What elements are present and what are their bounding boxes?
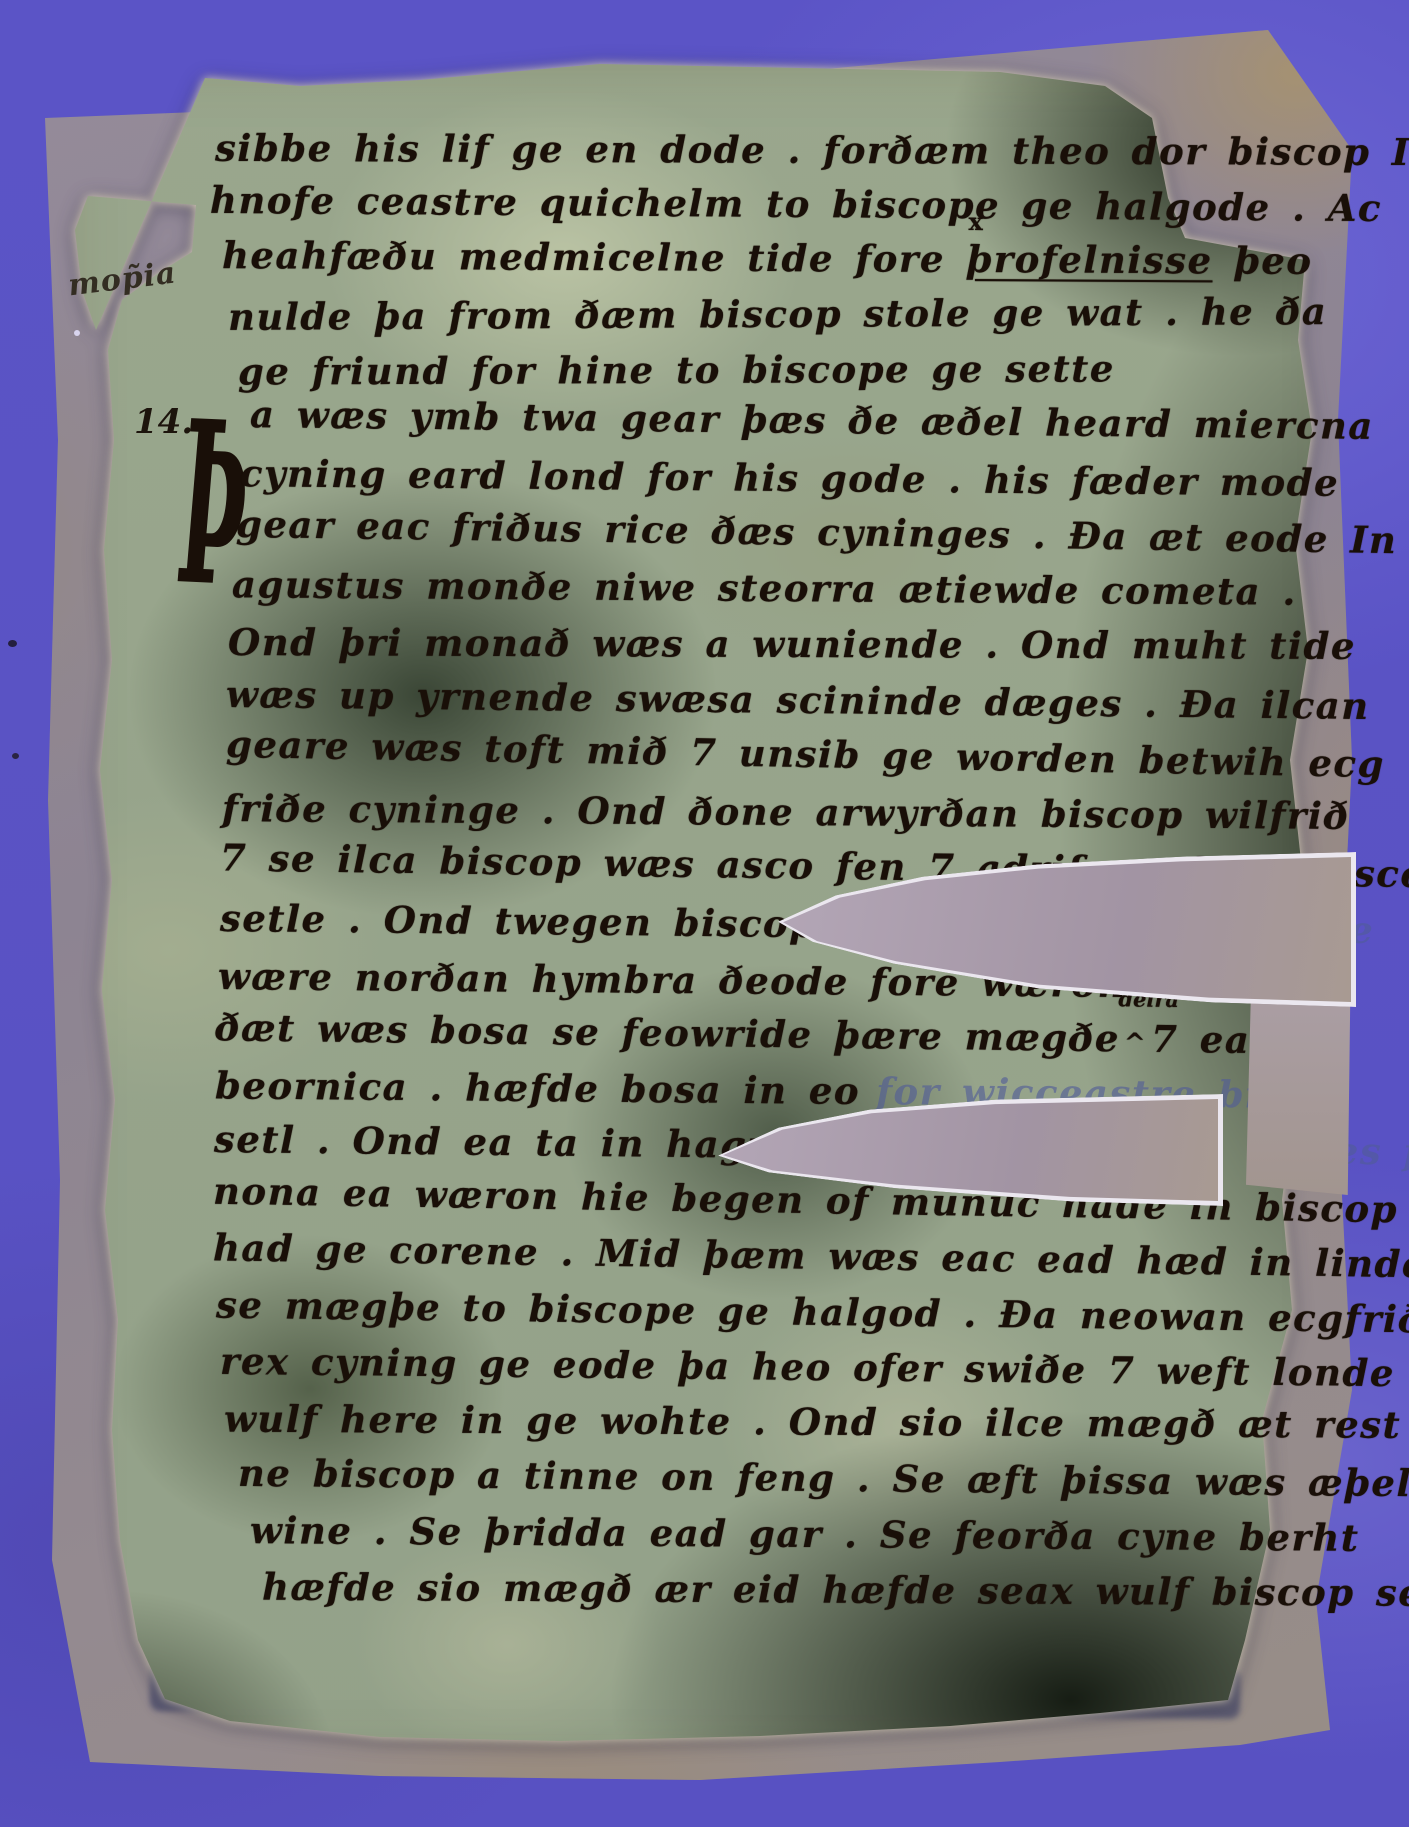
manuscript-text-line: nulde þa from ðæm biscop stole ge wat . … [228, 289, 1328, 339]
line-text: geare wæs toft mið 7 unsib ge worden bet… [226, 722, 1386, 786]
line-text: had ge corene . Mid þæm wæs eac ead hæd … [213, 1225, 1409, 1286]
manuscript-text-line: hæfde sio mægð ær eid hæfde seax wulf bi… [262, 1565, 1409, 1616]
insertion-caret: ^ [1124, 1028, 1148, 1058]
line-text: wæs up yrnende swæsa scininde dæges . Ða… [226, 672, 1370, 728]
manuscript-text-line: se mægþe to biscope ge halgod . Ða neowa… [216, 1283, 1409, 1342]
line-text: gear eac friðus rice ðæs cyninges . Ða æ… [236, 502, 1398, 562]
line-text: setle . Ond twegen biscopas [220, 896, 865, 947]
manuscript-text-line: wulf here in ge wohte . Ond sio ilce mæg… [224, 1397, 1409, 1448]
line-text: se mægþe to biscope ge halgod . Ða neowa… [216, 1283, 1409, 1342]
line-text: friðe cyninge . Ond ðone arwyrðan biscop… [222, 786, 1350, 838]
manuscript-text-line: wæs up yrnende swæsa scininde dæges . Ða… [226, 672, 1370, 728]
line-text: rex cyning ge eode þa heo ofer swiðe 7 w… [220, 1339, 1395, 1395]
line-text: hnofe ceastre quichelm to biscope ge hal… [210, 178, 1382, 230]
manuscript-text-line: had ge corene . Mid þæm wæs eac ead hæd … [213, 1225, 1409, 1286]
line-text: agustus monðe niwe steorra ætiewde comet… [232, 562, 1297, 613]
photo-background: mop̃ia 14. Þ sibbe his lif ge en dode . … [0, 0, 1409, 1827]
manuscript-text-line: hnofe ceastre quichelm to biscope ge hal… [210, 178, 1382, 230]
line-text: wine . Se þridda ead gar . Se feorða cyn… [250, 1508, 1360, 1560]
dust-speck [12, 753, 19, 759]
correction-x-mark: x [968, 207, 984, 236]
manuscript-text-line: cyning eard lond for his gode . his fæde… [240, 451, 1339, 505]
manuscript-text-line: friðe cyninge . Ond ðone arwyrðan biscop… [222, 786, 1350, 838]
line-text: ðæt wæs bosa se feowride þære mægðe [215, 1005, 1120, 1060]
line-text: beornica . hæfde bosa in eo [215, 1063, 860, 1113]
manuscript-text-line: geare wæs toft mið 7 unsib ge worden bet… [226, 722, 1386, 786]
manuscript-text-line: wine . Se þridda ead gar . Se feorða cyn… [250, 1508, 1360, 1560]
line-text: hæfde sio mægð ær eid hæfde seax wulf bi… [262, 1565, 1409, 1616]
dust-speck [8, 640, 17, 647]
manuscript-text-line: ge friund for hine to biscope ge sette [238, 346, 1115, 393]
manuscript-text-line: Ond þri monað wæs a wuniende . Ond muht … [228, 620, 1356, 668]
line-text: heahfæðu medmicelne tide fore [222, 233, 967, 281]
line-text: cyning eard lond for his gode . his fæde… [240, 451, 1339, 505]
line-text: wulf here in ge wohte . Ond sio ilce mæg… [224, 1397, 1409, 1448]
line-text: þeo [1212, 238, 1312, 283]
manuscript-text-line: heahfæðu medmicelne tide fore xþrofelnis… [222, 233, 1313, 283]
line-text: ne biscop a tinne on feng . Se æft þissa… [238, 1451, 1409, 1505]
line-text: nulde þa from ðæm biscop stole ge wat . … [228, 289, 1328, 339]
manuscript-text-line: sibbe his lif ge en dode . forðæm theo d… [215, 126, 1409, 174]
manuscript-text-line: agustus monðe niwe steorra ætiewde comet… [232, 562, 1297, 613]
manuscript-text-line: rex cyning ge eode þa heo ofer swiðe 7 w… [220, 1339, 1395, 1395]
line-text: ge friund for hine to biscope ge sette [238, 346, 1115, 393]
line-text: sibbe his lif ge en dode . forðæm theo d… [215, 126, 1409, 174]
dust-speck [74, 330, 80, 336]
manuscript-text-line: gear eac friðus rice ðæs cyninges . Ða æ… [236, 502, 1398, 562]
manuscript-text-line: ne biscop a tinne on feng . Se æft þissa… [238, 1451, 1409, 1505]
line-text: þrofelnisse [966, 237, 1212, 282]
marginal-note: mop̃ia [66, 256, 178, 304]
underlined-phrase: xþrofelnisse [966, 237, 1212, 282]
manuscript-text-line: ðæt wæs bosa se feowride þære mægðedeira… [215, 1005, 1316, 1062]
interlinear-gloss-deira: deira^ [1124, 1016, 1148, 1060]
manuscript-text-line: a wæs ymb twa gear þæs ðe æðel heard mie… [250, 392, 1374, 448]
line-text: Ond þri monað wæs a wuniende . Ond muht … [228, 620, 1356, 668]
line-text: a wæs ymb twa gear þæs ðe æðel heard mie… [250, 392, 1374, 448]
